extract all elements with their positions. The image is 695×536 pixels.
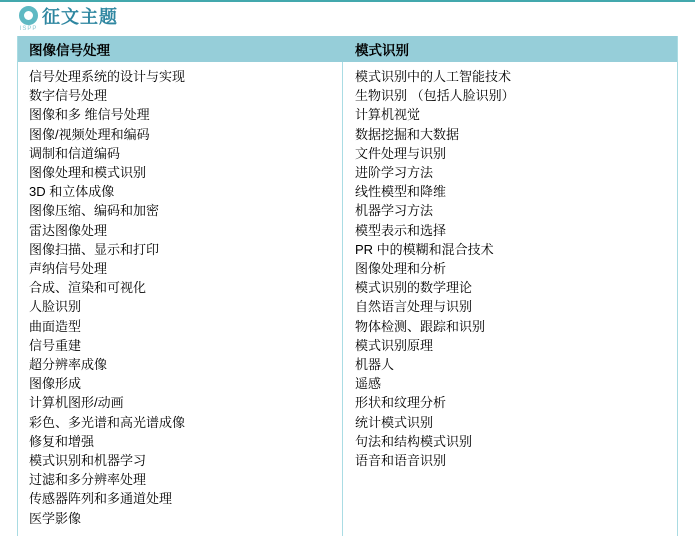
topic-item: 遥感	[355, 374, 667, 393]
column-header-image-signal-processing: 图像信号处理	[18, 39, 343, 59]
topic-item: 图像/视频处理和编码	[29, 125, 332, 144]
topic-item: 模式识别原理	[355, 336, 667, 355]
topic-item: 3D 和立体成像	[29, 182, 332, 201]
table-body-row: 信号处理系统的设计与实现数字信号处理图像和多 维信号处理图像/视频处理和编码调制…	[18, 62, 677, 532]
topic-item: 声纳信号处理	[29, 259, 332, 278]
topic-item: 人脸识别	[29, 297, 332, 316]
topic-item: 彩色、多光谱和高光谱成像	[29, 413, 332, 432]
topics-table: 图像信号处理 模式识别 信号处理系统的设计与实现数字信号处理图像和多 维信号处理…	[17, 36, 678, 532]
topic-item: 修复和增强	[29, 432, 332, 451]
ring-logo-icon	[19, 6, 38, 25]
topic-item: 图像处理和模式识别	[29, 163, 332, 182]
topic-item: 模式识别的数学理论	[355, 278, 667, 297]
topic-item: PR 中的模糊和混合技术	[355, 240, 667, 259]
topic-item: 线性模型和降维	[355, 182, 667, 201]
top-accent-line	[0, 0, 695, 2]
topic-item: 调制和信道编码	[29, 144, 332, 163]
logo-text: ISPP	[20, 26, 38, 33]
topic-item: 自然语言处理与识别	[355, 297, 667, 316]
topic-item: 雷达图像处理	[29, 221, 332, 240]
topic-item: 物体检测、跟踪和识别	[355, 317, 667, 336]
column-header-pattern-recognition: 模式识别	[343, 39, 677, 59]
topic-item: 数字信号处理	[29, 86, 332, 105]
page-title: 征文主题	[42, 6, 118, 28]
topic-item: 图像和多 维信号处理	[29, 105, 332, 124]
topic-item: 过滤和多分辨率处理	[29, 470, 332, 489]
topic-item: 信号重建	[29, 336, 332, 355]
topic-item: 机器学习方法	[355, 201, 667, 220]
topic-item: 机器人	[355, 355, 667, 374]
topic-item: 统计模式识别	[355, 413, 667, 432]
topic-item: 句法和结构模式识别	[355, 432, 667, 451]
topic-item: 数据挖掘和大数据	[355, 125, 667, 144]
topic-item: 信号处理系统的设计与实现	[29, 67, 332, 86]
table-header-row: 图像信号处理 模式识别	[18, 36, 677, 62]
topic-item: 图像扫描、显示和打印	[29, 240, 332, 259]
topic-list-pattern-recognition: 模式识别中的人工智能技术生物识别 （包括人脸识别）计算机视觉数据挖掘和大数据文件…	[343, 62, 677, 532]
topic-item: 文件处理与识别	[355, 144, 667, 163]
topic-item: 传感器阵列和多通道处理	[29, 489, 332, 508]
topic-item: 进阶学习方法	[355, 163, 667, 182]
topic-item: 合成、渲染和可视化	[29, 278, 332, 297]
topic-item: 模式识别和机器学习	[29, 451, 332, 470]
topic-item: 医学影像	[29, 509, 332, 528]
topic-list-image-signal-processing: 信号处理系统的设计与实现数字信号处理图像和多 维信号处理图像/视频处理和编码调制…	[18, 62, 343, 532]
topic-item: 模型表示和选择	[355, 221, 667, 240]
topic-item: 模式识别中的人工智能技术	[355, 67, 667, 86]
topic-item: 图像压缩、编码和加密	[29, 201, 332, 220]
topic-item: 计算机图形/动画	[29, 393, 332, 412]
site-logo: ISPP	[19, 6, 38, 33]
topic-item: 语音和语音识别	[355, 451, 667, 470]
topic-item: 曲面造型	[29, 317, 332, 336]
topic-item: 计算机视觉	[355, 105, 667, 124]
topic-item: 图像形成	[29, 374, 332, 393]
topic-item: 超分辨率成像	[29, 355, 332, 374]
topic-item: 形状和纹理分析	[355, 393, 667, 412]
topic-item: 生物识别 （包括人脸识别）	[355, 86, 667, 105]
page-header: ISPP 征文主题	[19, 6, 118, 33]
topic-item: 图像处理和分析	[355, 259, 667, 278]
